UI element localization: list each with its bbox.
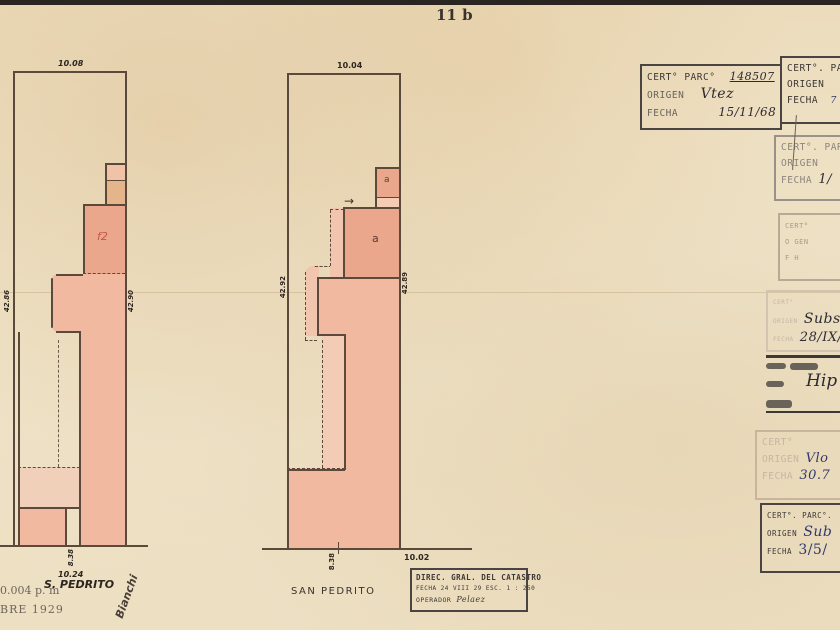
left-plot-outline <box>105 163 107 204</box>
cert-stamp-4-date-label: F H <box>785 250 840 266</box>
cert-stamp-6-label-smudge <box>766 363 786 369</box>
catastro-stamp: DIREC. GRAL. DEL CATASTRO FECHA 24 VIII … <box>410 568 528 612</box>
right-plot-outline <box>375 197 399 198</box>
left-plot-dashdot-line <box>58 340 59 467</box>
catastro-stamp-operator-label: OPERADOR <box>416 596 451 604</box>
cert-stamp-6-origin: Hip <box>806 371 837 391</box>
cert-stamp-4-origin-label: O GEN <box>785 234 840 250</box>
left-plot-dashdot-divider <box>18 467 80 468</box>
cert-stamp-5-date-label: FECHA <box>773 336 794 343</box>
cert-stamp-2-date: 7 <box>830 95 837 106</box>
left-plot-outline <box>51 278 53 328</box>
cert-stamp-3: CERT°. PARC ORIGEN FECHA 1/ <box>774 135 840 201</box>
cert-stamp-7-date: 30.7 <box>799 468 830 483</box>
right-plot-dashed-outline <box>314 266 330 267</box>
catastro-stamp-title: DIREC. GRAL. DEL CATASTRO <box>416 572 522 583</box>
cert-stamp-2-origin-label: ORIGEN <box>787 77 840 93</box>
cert-stamp-8: CERT°. PARC°. ORIGEN Sub FECHA 3/5/ <box>760 503 840 573</box>
right-plot-bottom-offset: 8.38 <box>328 553 336 570</box>
right-plot-outline <box>343 207 345 277</box>
right-plot-building-wing <box>317 277 399 335</box>
cert-stamp-3-label: CERT°. PARC <box>781 140 840 156</box>
cert-stamp-5-label: CERT° <box>773 295 840 311</box>
right-plot-top-edge <box>287 73 400 75</box>
right-plot-dashed-outline <box>330 210 331 266</box>
cert-stamp-8-origin: Sub <box>803 524 832 540</box>
left-plot-building-wing <box>52 274 125 332</box>
left-plot-top-edge <box>13 71 125 73</box>
right-plot-outline <box>344 334 346 470</box>
right-plot-building-column <box>345 335 399 548</box>
left-plot-small-building <box>105 180 125 204</box>
right-plot-street-name: SAN PEDRITO <box>291 586 375 597</box>
right-plot-outline <box>317 277 319 335</box>
left-plot-bottom-line <box>0 545 148 547</box>
right-plot-right-depth: 42.89 <box>401 272 409 294</box>
cert-stamp-4-label: CERT° <box>785 218 840 234</box>
cert-stamp-1-origin-label: ORIGEN <box>647 90 684 101</box>
cert-stamp-6-label-smudge <box>766 381 784 387</box>
right-plot-top-width: 10.04 <box>337 61 362 70</box>
right-plot-dashed-outline <box>322 340 323 468</box>
right-plot-outline <box>375 167 377 207</box>
right-plot-front-room <box>287 468 345 548</box>
left-plot-outline <box>56 331 80 333</box>
left-plot-building-column <box>80 330 125 545</box>
page-number: 11 b <box>436 6 473 24</box>
arrow-right-icon: → <box>344 194 354 208</box>
cert-stamp-1-origin: Vtez <box>701 86 734 102</box>
right-plot-bottom-line <box>262 548 472 550</box>
left-plot-building-label: f2 <box>97 230 108 243</box>
left-plot-bottom-offset: 8.38 <box>67 549 75 566</box>
cert-stamp-2-label: CERT°. PARC <box>787 61 840 77</box>
cert-stamp-1-number: 148507 <box>730 70 775 83</box>
left-plot-left-edge <box>13 71 15 546</box>
cert-stamp-5: CERT° ORIGEN Subse FECHA 28/IX/ <box>766 290 840 352</box>
cert-stamp-1-label: CERT° PARC° <box>647 72 715 83</box>
right-plot-small-building-lower <box>375 197 399 207</box>
left-plot-outline <box>79 331 81 545</box>
cert-stamp-2: CERT°. PARC ORIGEN FECHA 7 <box>780 56 840 124</box>
cert-stamp-6-top-border <box>766 355 840 358</box>
right-plot-building-label-main: a <box>372 232 379 245</box>
left-plot-top-width: 10.08 <box>58 59 83 68</box>
cert-stamp-5-origin-label: ORIGEN <box>773 318 798 325</box>
cert-stamp-8-date-label: FECHA <box>767 547 792 556</box>
right-plot-left-edge <box>287 73 289 548</box>
right-plot-dashed-divider <box>287 468 345 469</box>
right-plot-side <box>322 335 345 470</box>
right-plot-tick <box>338 542 339 554</box>
left-plot-scale-text: 0.004 p. m <box>0 584 59 597</box>
right-plot-outline <box>287 469 345 471</box>
scan-top-edge <box>0 0 840 5</box>
cert-stamp-6-bottom-border <box>766 411 840 413</box>
cert-stamp-6-label-smudge <box>790 363 818 370</box>
right-plot-outline <box>317 334 345 336</box>
right-plot-building-label-small: a <box>384 175 390 185</box>
left-plot-outline <box>105 163 125 165</box>
left-plot-outline <box>56 274 83 276</box>
left-plot-front-room <box>18 507 66 545</box>
left-plot-outline <box>18 507 80 509</box>
left-plot-right-depth: 42.90 <box>127 290 135 312</box>
right-plot-bottom-width: 10.02 <box>404 553 429 562</box>
cert-stamp-3-date-label: FECHA <box>781 175 812 186</box>
left-plot-left-depth: 42.86 <box>3 290 11 312</box>
right-plot-dashed-outline <box>305 340 317 341</box>
cert-stamp-3-date: 1/ <box>818 172 832 187</box>
catastro-stamp-date-scale: FECHA 24 VIII 29 ESC. 1 : 250 <box>416 583 522 594</box>
left-plot-date-text: BRE 1929 <box>0 603 64 616</box>
cert-stamp-2-date-label: FECHA <box>787 95 818 106</box>
cert-stamp-5-origin: Subse <box>804 311 840 327</box>
right-plot-outline <box>375 167 399 169</box>
cert-stamp-7-origin-label: ORIGEN <box>762 454 799 465</box>
left-plot-outline <box>83 204 125 206</box>
left-plot-outline <box>65 507 67 545</box>
cert-stamp-1-date-label: FECHA <box>647 108 678 119</box>
cert-stamp-8-label: CERT°. PARC°. <box>767 508 840 524</box>
cert-stamp-1: CERT° PARC° 148507 ORIGEN Vtez FECHA 15/… <box>640 64 782 130</box>
left-plot-outline <box>105 180 125 181</box>
cert-stamp-6: Hip <box>766 355 840 417</box>
right-plot-building-a <box>343 207 399 277</box>
left-plot-courtyard <box>18 467 80 507</box>
cert-stamp-8-date: 3/5/ <box>798 542 827 558</box>
cert-stamp-7-label: CERT° <box>762 435 840 451</box>
right-plot-outline <box>317 277 400 279</box>
right-plot-left-depth: 42.92 <box>279 276 287 298</box>
left-plot-dashed-divider <box>83 273 125 274</box>
right-plot-dashed-annex <box>330 208 344 278</box>
cert-stamp-7: CERT° ORIGEN Vlo FECHA 30.7 <box>755 430 840 500</box>
cert-stamp-8-origin-label: ORIGEN <box>767 529 797 538</box>
cert-stamp-1-date: 15/11/68 <box>718 105 776 119</box>
cert-stamp-6-label-smudge <box>766 400 792 408</box>
cert-stamp-4: CERT° O GEN F H <box>778 213 840 281</box>
cert-stamp-7-origin: Vlo <box>806 451 829 466</box>
right-plot-dashed-outline <box>305 272 306 340</box>
left-plot-outline <box>18 332 20 545</box>
cert-stamp-3-origin-label: ORIGEN <box>781 156 840 172</box>
left-plot-outline <box>83 204 85 274</box>
cert-stamp-5-date: 28/IX/ <box>800 330 840 345</box>
catastro-stamp-operator-signature: Pelaez <box>456 595 485 604</box>
right-plot-right-edge <box>399 73 401 548</box>
right-plot-dashed-outline <box>330 209 344 210</box>
cert-stamp-7-date-label: FECHA <box>762 471 793 482</box>
left-plot-small-building-top <box>105 163 125 180</box>
